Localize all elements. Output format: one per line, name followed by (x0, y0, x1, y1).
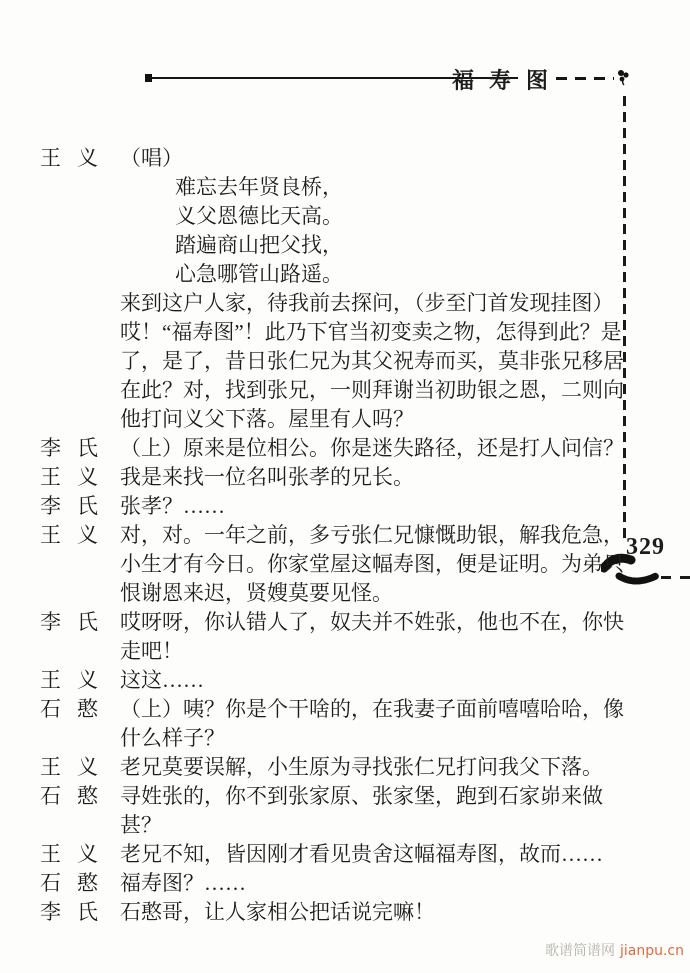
script-line: 李氏石憨哥，让人家相公把话说完嘛！ (40, 896, 640, 925)
dialogue-text: 哎呀呀，你认错人了，奴夫并不姓张，他也不在，你快 (120, 606, 624, 636)
dialogue-text: 在此？对，找到张兄，一则拜谢当初助银之恩，二则向 (120, 374, 624, 404)
watermark-site-name: 歌谱简谱网 (545, 943, 615, 959)
script-line: 踏遍商山把父找， (40, 229, 640, 258)
dialogue-text: 甚？ (120, 809, 162, 839)
script-line: 什么样子？ (40, 722, 640, 751)
dialogue-text: 走吧！ (120, 635, 183, 665)
script-line: 石憨福寿图？…… (40, 867, 640, 896)
script-line: 在此？对，找到张兄，一则拜谢当初助银之恩，二则向 (40, 374, 640, 403)
speaker-name: 王义 (40, 461, 98, 491)
dialogue-text: 老兄不知，皆因刚才看见贵舍这幅福寿图，故而…… (120, 838, 603, 868)
speaker-name: 石憨 (40, 693, 98, 723)
watermark: 歌谱简谱网jianpu.cn (545, 940, 684, 960)
script-line: 来到这户人家，待我前去探问，（步至门首发现挂图） (40, 287, 640, 316)
dialogue-text: 心急哪管山路遥。 (175, 258, 343, 288)
header-flourish-icon (616, 68, 631, 91)
script-line: 李氏（上）原来是位相公。你是迷失路径，还是打人问信？ (40, 432, 640, 461)
script-body: 王义（唱）难忘去年贤良桥，义父恩德比天高。踏遍商山把父找，心急哪管山路遥。来到这… (40, 142, 640, 925)
speaker-name: 李氏 (40, 432, 98, 462)
speaker-name: 李氏 (40, 490, 98, 520)
speaker-name: 李氏 (40, 606, 98, 636)
dialogue-text: （上）原来是位相公。你是迷失路径，还是打人问信？ (120, 432, 624, 462)
dialogue-text: 我是来找一位名叫张孝的兄长。 (120, 461, 414, 491)
script-line: 哎！“福寿图”！此乃下官当初变卖之物，怎得到此？是 (40, 316, 640, 345)
script-line: 甚？ (40, 809, 640, 838)
speaker-name: 王义 (40, 664, 98, 694)
script-line: 走吧！ (40, 635, 640, 664)
script-line: 王义对，对。一年之前，多亏张仁兄慷慨助银，解我危急， (40, 519, 640, 548)
script-line: 王义这这…… (40, 664, 640, 693)
script-line: 难忘去年贤良桥， (40, 171, 640, 200)
speaker-name: 王义 (40, 751, 98, 781)
speaker-name: 王义 (40, 838, 98, 868)
dialogue-text: （唱） (120, 142, 183, 172)
dialogue-text: 小生才有今日。你家堂屋这幅寿图，便是证明。为弟只 (120, 548, 624, 578)
dialogue-text: 了，是了，昔日张仁兄为其父祝寿而买，莫非张兄移居 (120, 345, 624, 375)
speaker-name: 石憨 (40, 867, 98, 897)
header-dashed-line (556, 77, 614, 80)
script-line: 石憨（上）咦？你是个干啥的，在我妻子面前嘻嘻哈哈，像 (40, 693, 640, 722)
dialogue-text: 哎！“福寿图”！此乃下官当初变卖之物，怎得到此？是 (120, 316, 622, 346)
speaker-name: 王义 (40, 519, 98, 549)
script-line: 石憨寻姓张的，你不到张家原、张家堡，跑到石家峁来做 (40, 780, 640, 809)
dialogue-text: 踏遍商山把父找， (175, 229, 343, 259)
dialogue-text: 石憨哥，让人家相公把话说完嘛！ (120, 896, 435, 926)
script-line: 李氏张孝？…… (40, 490, 640, 519)
script-line: 王义老兄不知，皆因刚才看见贵舍这幅福寿图，故而…… (40, 838, 640, 867)
dialogue-text: 寻姓张的，你不到张家原、张家堡，跑到石家峁来做 (120, 780, 603, 810)
dialogue-text: 来到这户人家，待我前去探问，（步至门首发现挂图） (120, 287, 614, 317)
script-line: 了，是了，昔日张仁兄为其父祝寿而买，莫非张兄移居 (40, 345, 640, 374)
dialogue-text: 义父恩德比天高。 (175, 200, 343, 230)
dialogue-text: （上）咦？你是个干啥的，在我妻子面前嘻嘻哈哈，像 (120, 693, 624, 723)
page-title: 福寿图 (452, 64, 563, 95)
dialogue-text: 难忘去年贤良桥， (175, 171, 343, 201)
script-line: 小生才有今日。你家堂屋这幅寿图，便是证明。为弟只 (40, 548, 640, 577)
dialogue-text: 对，对。一年之前，多亏张仁兄慷慨助银，解我危急， (120, 519, 624, 549)
dialogue-text: 福寿图？…… (120, 867, 246, 897)
watermark-site-url: jianpu.cn (620, 943, 684, 959)
dialogue-text: 老兄莫要误解，小生原为寻找张仁兄打问我父下落。 (120, 751, 603, 781)
script-line: 恨谢恩来迟，贤嫂莫要见怪。 (40, 577, 640, 606)
dialogue-text: 张孝？…… (120, 490, 225, 520)
dialogue-text: 这这…… (120, 664, 204, 694)
script-line: 心急哪管山路遥。 (40, 258, 640, 287)
header-rule-end-square (145, 74, 152, 82)
dialogue-text: 什么样子？ (120, 722, 225, 752)
script-line: 他打问义父下落。屋里有人吗？ (40, 403, 640, 432)
script-line: 王义老兄莫要误解，小生原为寻找张仁兄打问我父下落。 (40, 751, 640, 780)
dialogue-text: 恨谢恩来迟，贤嫂莫要见怪。 (120, 577, 393, 607)
script-line: 王义我是来找一位名叫张孝的兄长。 (40, 461, 640, 490)
speaker-name: 石憨 (40, 780, 98, 810)
script-line: 义父恩德比天高。 (40, 200, 640, 229)
dialogue-text: 他打问义父下落。屋里有人吗？ (120, 403, 414, 433)
page-number-dash (661, 576, 690, 579)
script-line: 王义（唱） (40, 142, 640, 171)
script-line: 李氏哎呀呀，你认错人了，奴夫并不姓张，他也不在，你快 (40, 606, 640, 635)
speaker-name: 李氏 (40, 896, 98, 926)
speaker-name: 王义 (40, 142, 98, 172)
book-page: 福寿图 329 王义（唱）难忘去年贤良桥，义父恩德比天高。踏遍商山把父找，心急哪… (0, 0, 690, 973)
